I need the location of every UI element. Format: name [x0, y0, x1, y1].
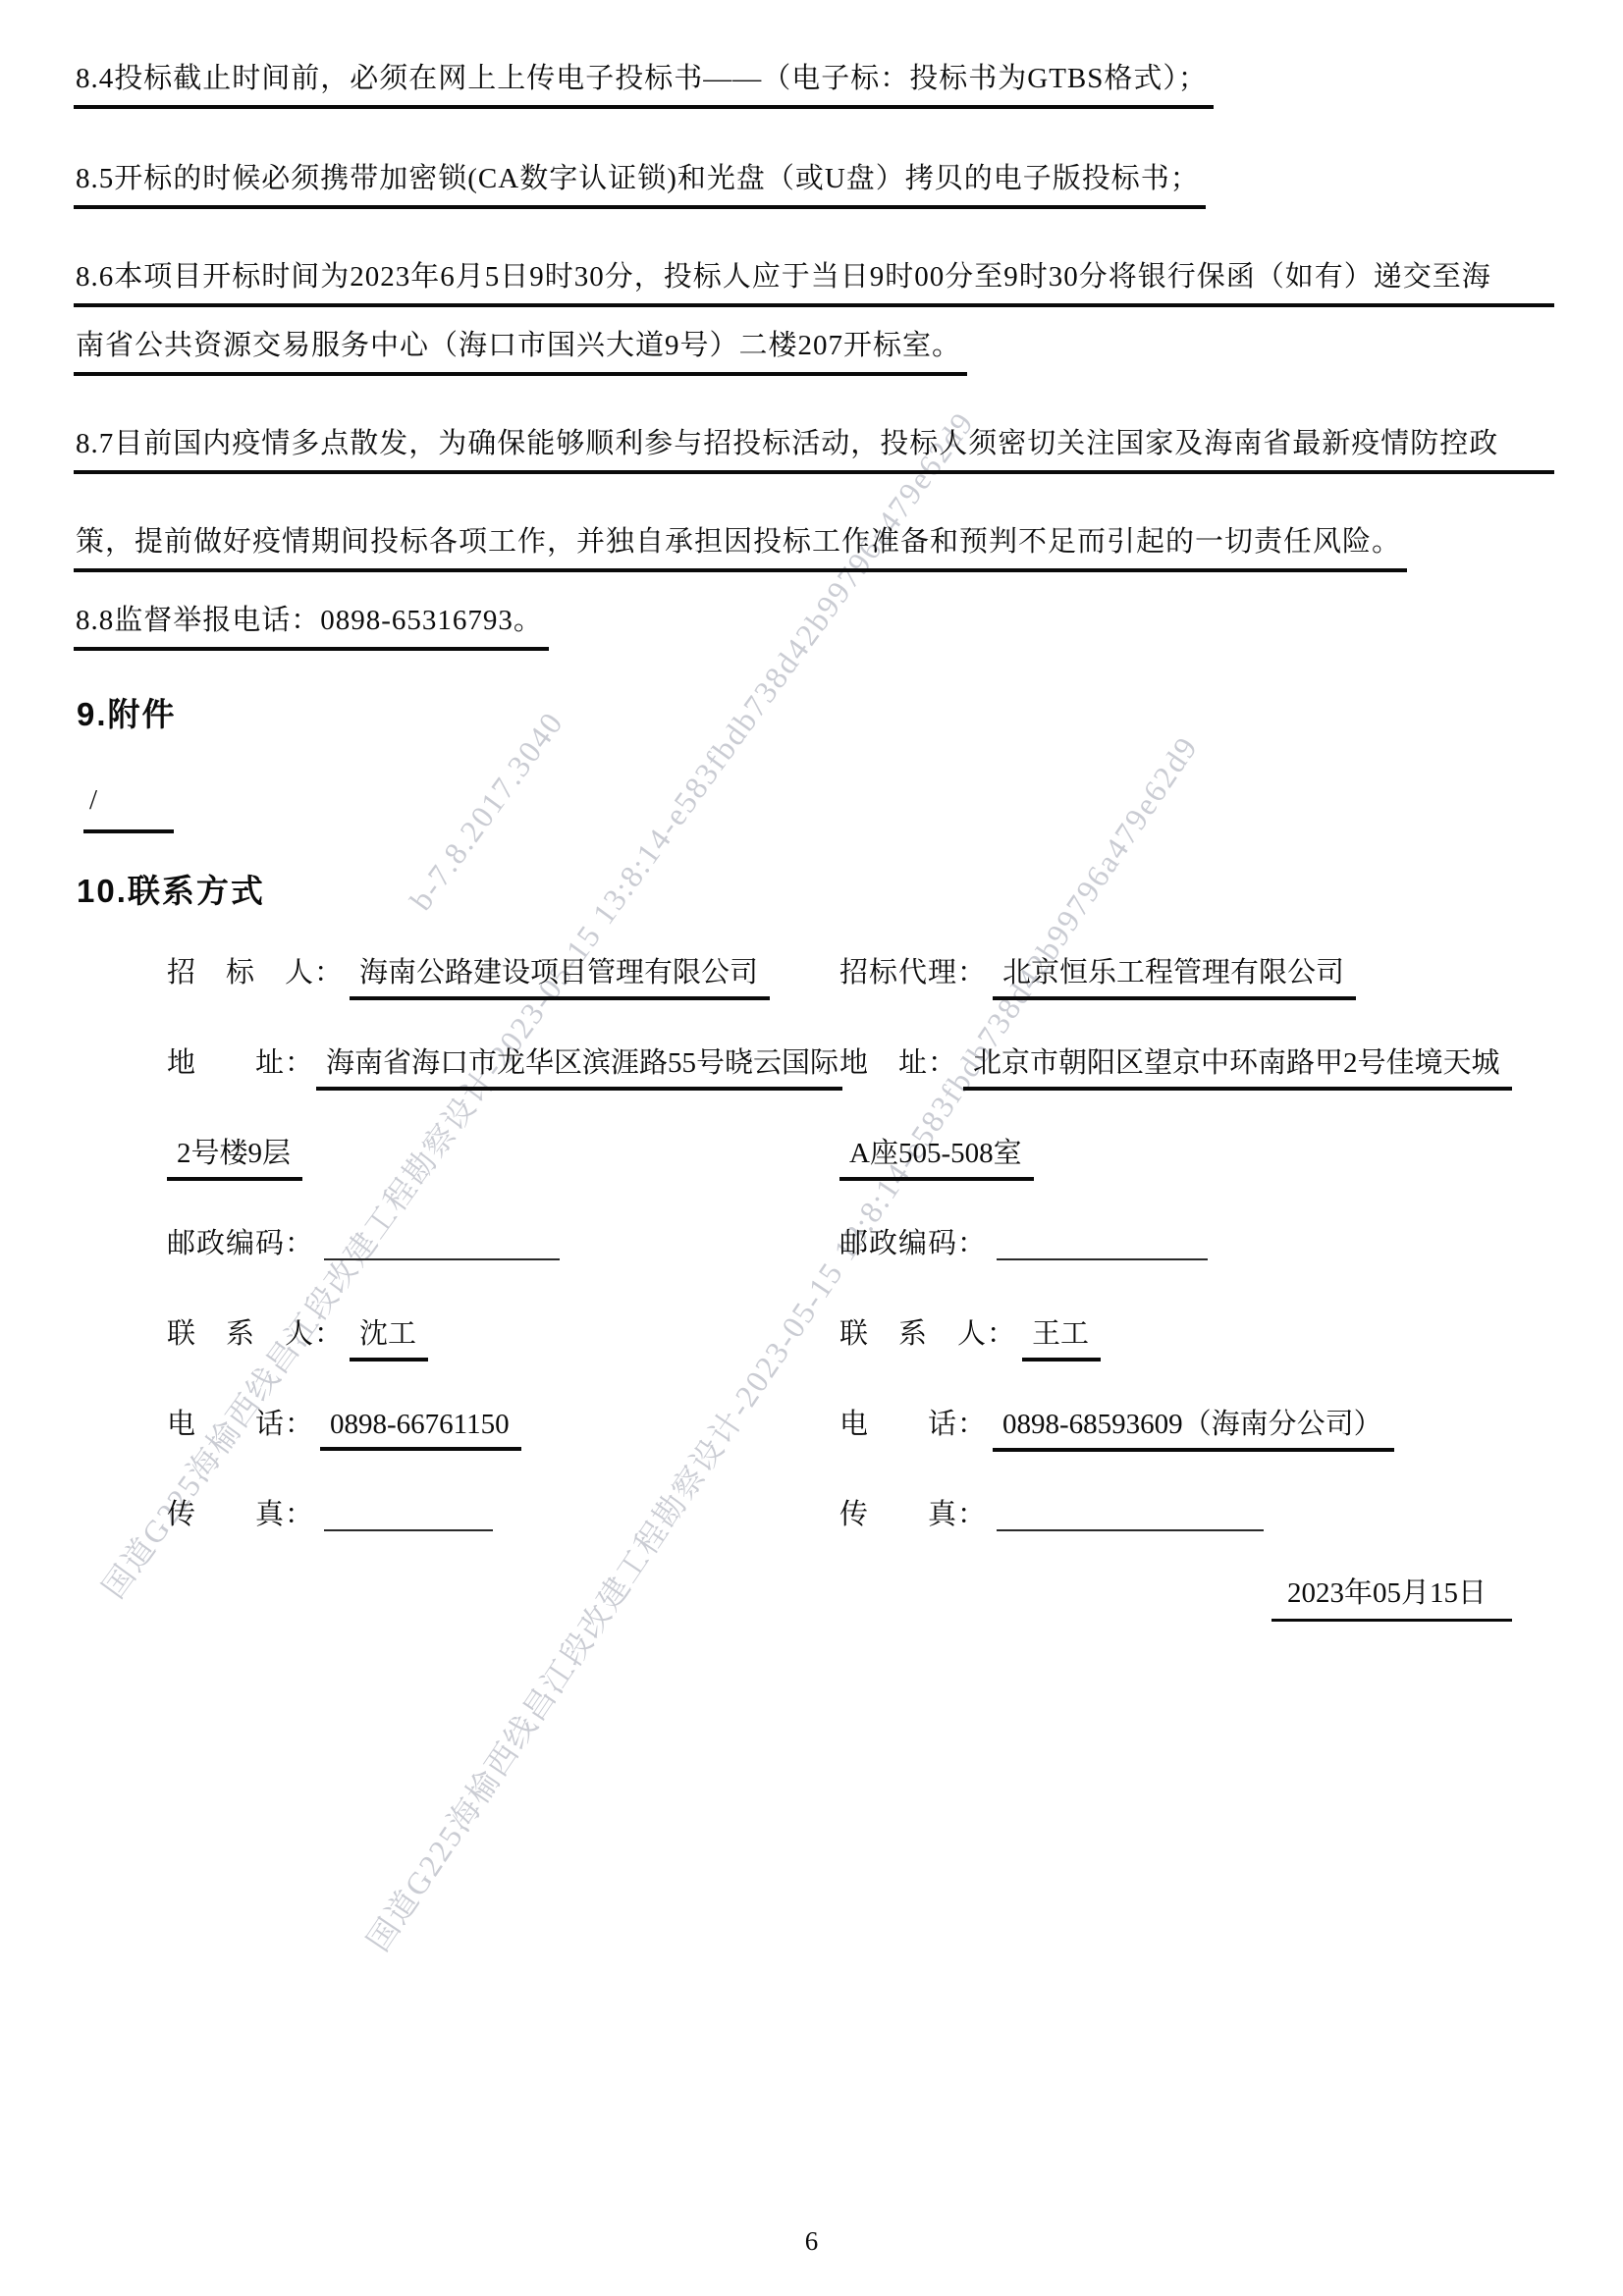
agent-label: 招标代理： [839, 957, 987, 988]
clause-8-8: 8.8监督举报电话：0898-65316793。 [74, 601, 549, 651]
clause-8-7-line2: 策，提前做好疫情期间投标各项工作，并独自承担因投标工作准备和预判不足而引起的一切… [74, 522, 1407, 572]
phone-value-left: 0898-66761150 [320, 1409, 521, 1451]
address-value-left-2: 2号楼9层 [167, 1131, 302, 1181]
address-label-left: 地 址： [167, 1047, 314, 1079]
person-label-right: 联 系 人： [839, 1318, 1016, 1350]
clause-8-5: 8.5开标的时候必须携带加密锁(CA数字认证锁)和光盘（或U盘）拷贝的电子版投标… [74, 159, 1206, 209]
phone-label-right: 电 话： [839, 1409, 987, 1440]
attachment-placeholder: / [83, 780, 174, 833]
address-value-right: 北京市朝阳区望京中环南路甲2号佳境天城 [963, 1041, 1512, 1091]
clause-8-6-line1: 8.6本项目开标时间为2023年6月5日9时30分，投标人应于当日9时00分至9… [74, 257, 1554, 307]
agent-value: 北京恒乐工程管理有限公司 [993, 950, 1356, 1000]
tenderer-label: 招 标 人： [167, 957, 344, 988]
clause-8-4: 8.4投标截止时间前，必须在网上上传电子投标书——（电子标：投标书为GTBS格式… [74, 59, 1214, 109]
clause-8-6-line2: 南省公共资源交易服务中心（海口市国兴大道9号）二楼207开标室。 [74, 326, 967, 376]
fax-label-right: 传 真： [839, 1499, 987, 1530]
page-number: 6 [0, 2226, 1623, 2257]
postcode-label-left: 邮政编码： [167, 1228, 314, 1259]
document-page: 国道G225海榆西线昌江段改建工程勘察设计-2023-05-15 13:8:14… [0, 0, 1623, 2296]
fax-blank-left [324, 1529, 493, 1531]
document-content: 8.4投标截止时间前，必须在网上上传电子投标书——（电子标：投标书为GTBS格式… [0, 0, 1623, 2296]
signature-date: 2023年05月15日 [1271, 1571, 1512, 1622]
phone-value-right: 0898-68593609（海南分公司） [993, 1402, 1394, 1452]
tenderer-value: 海南公路建设项目管理有限公司 [350, 950, 770, 1000]
person-label-left: 联 系 人： [167, 1318, 344, 1350]
fax-blank-right [997, 1529, 1264, 1531]
fax-label-left: 传 真： [167, 1499, 314, 1530]
postcode-label-right: 邮政编码： [839, 1228, 987, 1259]
address-value-left: 海南省海口市龙华区滨涯路55号晓云国际 [316, 1041, 842, 1091]
postcode-blank-left [324, 1258, 560, 1260]
person-value-left: 沈工 [350, 1311, 428, 1362]
address-value-right-2: A座505-508室 [839, 1131, 1034, 1181]
clause-8-7-line1: 8.7目前国内疫情多点散发，为确保能够顺利参与招投标活动，投标人须密切关注国家及… [74, 424, 1554, 474]
heading-10-contacts: 10.联系方式 [77, 866, 265, 912]
heading-9-attachments: 9.附件 [77, 689, 177, 735]
address-label-right: 地 址： [839, 1047, 957, 1079]
phone-label-left: 电 话： [167, 1409, 314, 1440]
person-value-right: 王工 [1022, 1311, 1101, 1362]
postcode-blank-right [997, 1258, 1208, 1260]
